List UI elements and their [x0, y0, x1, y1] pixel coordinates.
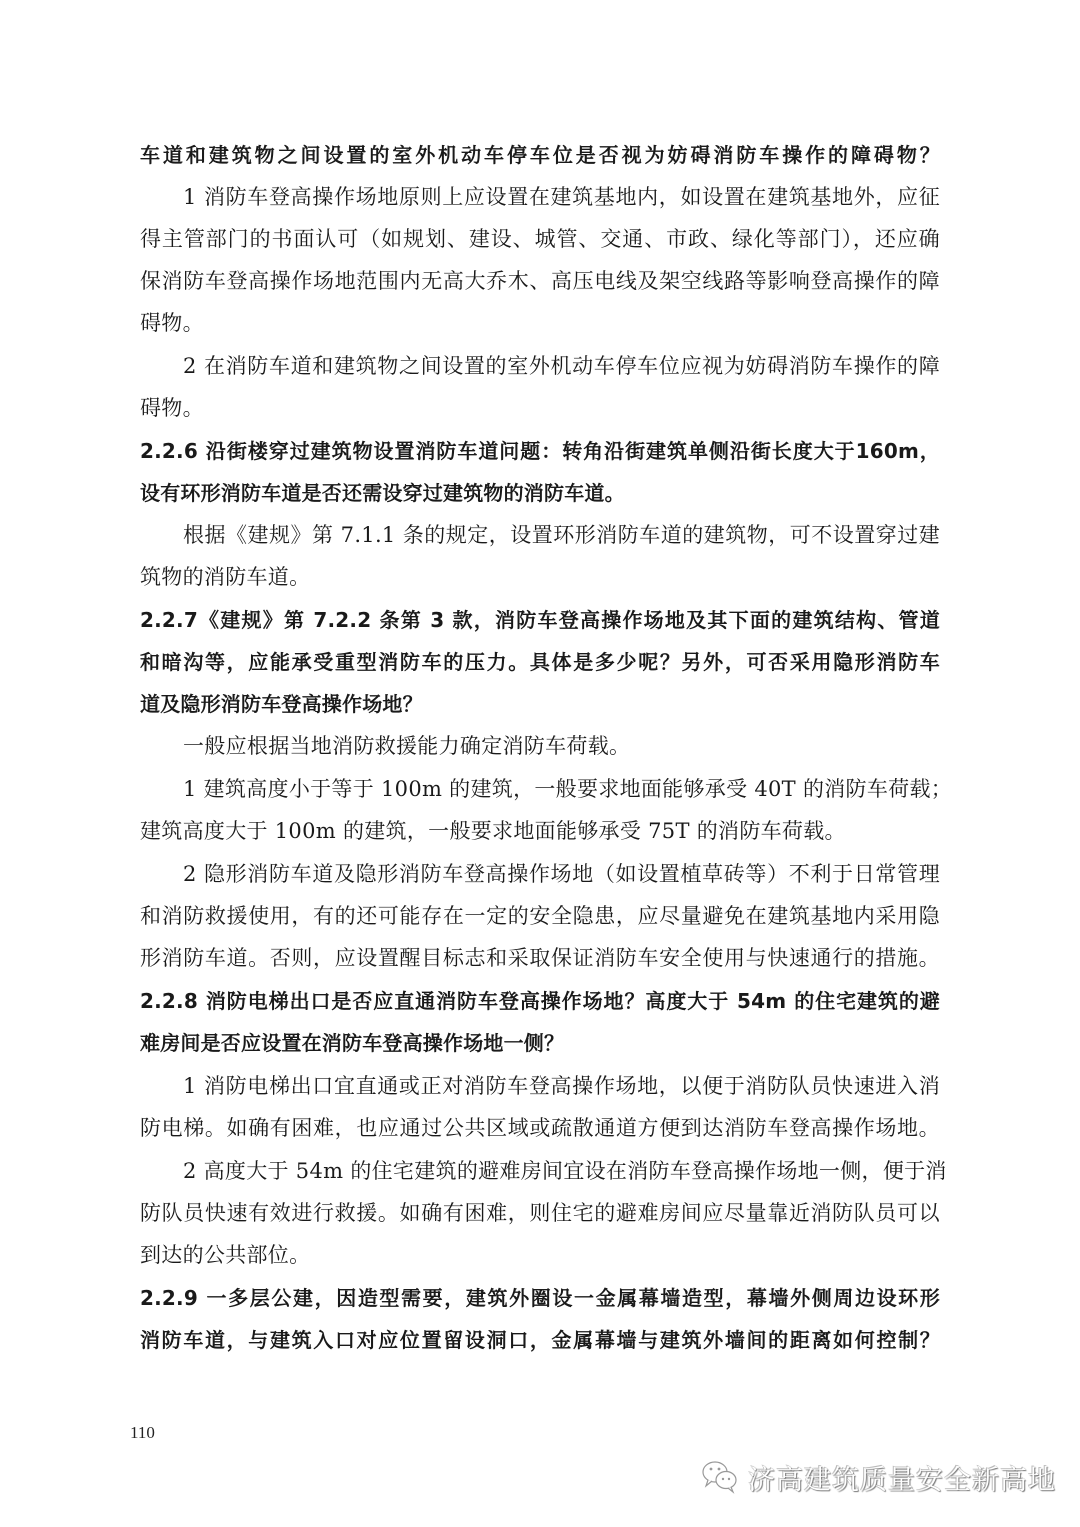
paragraph-line: 防电梯。如确有困难，也应通过公共区域或疏散通道方便到达消防车登高操作场地。	[140, 1113, 940, 1143]
paragraph-line: 建筑高度大于 100m 的建筑，一般要求地面能够承受 75T 的消防车荷载。	[140, 816, 940, 846]
paragraph-line: 2 高度大于 54m 的住宅建筑的避难房间宜设在消防车登高操作场地一侧，便于消	[183, 1156, 940, 1186]
question-heading-line: 车道和建筑物之间设置的室外机动车停车位是否视为妨碍消防车操作的障碍物？	[140, 140, 940, 170]
paragraph-line: 得主管部门的书面认可（如规划、建设、城管、交通、市政、绿化等部门），还应确	[140, 224, 940, 254]
paragraph-line: 一般应根据当地消防救援能力确定消防车荷载。	[183, 731, 940, 761]
question-heading-line: 道及隐形消防车登高操作场地？	[140, 689, 940, 719]
question-heading-line: 2.2.6 沿街楼穿过建筑物设置消防车道问题：转角沿街建筑单侧沿街长度大于160…	[140, 436, 940, 466]
wechat-icon	[700, 1459, 740, 1495]
paragraph-line: 筑物的消防车道。	[140, 562, 940, 592]
paragraph-line: 1 消防电梯出口宜直通或正对消防车登高操作场地，以便于消防队员快速进入消	[183, 1071, 940, 1101]
paragraph-line: 形消防车道。否则，应设置醒目标志和采取保证消防车安全使用与快速通行的措施。	[140, 943, 940, 973]
watermark: 济高建筑质量安全新高地	[700, 1455, 1056, 1499]
question-heading-line: 2.2.9 一多层公建，因造型需要，建筑外圈设一金属幕墙造型，幕墙外侧周边设环形	[140, 1283, 940, 1313]
question-heading-line: 设有环形消防车道是否还需设穿过建筑物的消防车道。	[140, 478, 940, 508]
document-page: 车道和建筑物之间设置的室外机动车停车位是否视为妨碍消防车操作的障碍物？1 消防车…	[0, 0, 1080, 1527]
paragraph-line: 2 隐形消防车道及隐形消防车登高操作场地（如设置植草砖等）不利于日常管理	[183, 859, 940, 889]
paragraph-line: 到达的公共部位。	[140, 1240, 940, 1270]
paragraph-line: 和消防救援使用，有的还可能存在一定的安全隐患，应尽量避免在建筑基地内采用隐	[140, 901, 940, 931]
paragraph-line: 防队员快速有效进行救援。如确有困难，则住宅的避难房间应尽量靠近消防队员可以	[140, 1198, 940, 1228]
watermark-text: 济高建筑质量安全新高地	[748, 1458, 1056, 1497]
question-heading-line: 2.2.7《建规》第 7.2.2 条第 3 款，消防车登高操作场地及其下面的建筑…	[140, 605, 940, 635]
paragraph-line: 根据《建规》第 7.1.1 条的规定，设置环形消防车道的建筑物，可不设置穿过建	[183, 520, 940, 550]
paragraph-line: 2 在消防车道和建筑物之间设置的室外机动车停车位应视为妨碍消防车操作的障	[183, 351, 940, 381]
question-heading-line: 2.2.8 消防电梯出口是否应直通消防车登高操作场地？高度大于 54m 的住宅建…	[140, 986, 940, 1016]
page-number: 110	[130, 1423, 155, 1443]
question-heading-line: 难房间是否应设置在消防车登高操作场地一侧？	[140, 1028, 940, 1058]
paragraph-line: 碍物。	[140, 393, 940, 423]
question-heading-line: 和暗沟等，应能承受重型消防车的压力。具体是多少呢？另外，可否采用隐形消防车	[140, 647, 940, 677]
question-heading-line: 消防车道，与建筑入口对应位置留设洞口，金属幕墙与建筑外墙间的距离如何控制？	[140, 1325, 940, 1355]
paragraph-line: 碍物。	[140, 308, 940, 338]
paragraph-line: 保消防车登高操作场地范围内无高大乔木、高压电线及架空线路等影响登高操作的障	[140, 266, 940, 296]
paragraph-line: 1 消防车登高操作场地原则上应设置在建筑基地内，如设置在建筑基地外，应征	[183, 182, 940, 212]
paragraph-line: 1 建筑高度小于等于 100m 的建筑，一般要求地面能够承受 40T 的消防车荷…	[183, 774, 940, 804]
